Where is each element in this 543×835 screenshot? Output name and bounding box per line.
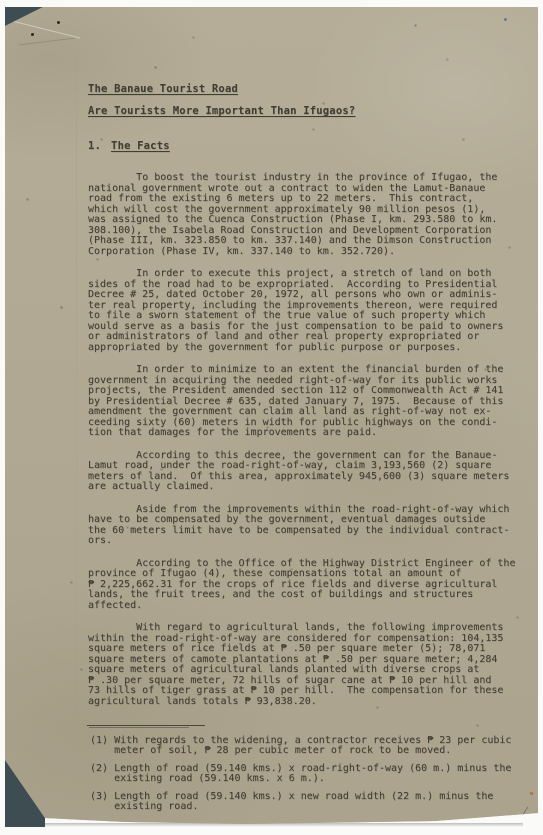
section-heading: 1.The Facts bbox=[88, 141, 518, 152]
corner-crease-highlight bbox=[12, 21, 80, 39]
section-title: The Facts bbox=[111, 140, 170, 152]
footnote-separator-rule bbox=[87, 725, 205, 728]
body-paragraph: With regard to agricultural lands, the f… bbox=[88, 623, 518, 707]
body-paragraph: According to this decree, the government… bbox=[88, 451, 518, 493]
scanned-page-frame: The Banaue Tourist Road Are Tourists Mor… bbox=[0, 0, 543, 835]
document-title: The Banaue Tourist Road bbox=[88, 84, 518, 95]
corner-crease-shadow bbox=[19, 38, 75, 46]
body-paragraph: Aside from the improvements within the r… bbox=[88, 505, 518, 547]
document-subtitle: Are Tourists More Important Than Ifugaos… bbox=[88, 106, 518, 117]
footnote: (2) Length of road (59.140 kms.) x road-… bbox=[90, 764, 518, 785]
vertical-fold-line bbox=[76, 7, 77, 827]
body-paragraph: In order to minimize to an extent the fi… bbox=[88, 365, 518, 439]
body-paragraph: To boost the tourist industry in the pro… bbox=[88, 173, 518, 257]
footnote: (3) Length of road (59.140 kms.) x new r… bbox=[90, 792, 518, 813]
punch-hole-mark bbox=[57, 21, 60, 24]
punch-hole-mark bbox=[31, 33, 34, 36]
paper-bottom-shadow bbox=[18, 823, 523, 827]
footnote: (1) With regards to the widening, a cont… bbox=[90, 736, 518, 757]
body-paragraph: According to the Office of the Highway D… bbox=[88, 559, 518, 612]
body-paragraph: In order to execute this project, a stre… bbox=[88, 269, 518, 353]
section-number: 1. bbox=[88, 140, 101, 152]
document-paper: The Banaue Tourist Road Are Tourists Mor… bbox=[5, 7, 538, 827]
document-content: The Banaue Tourist Road Are Tourists Mor… bbox=[88, 84, 518, 819]
